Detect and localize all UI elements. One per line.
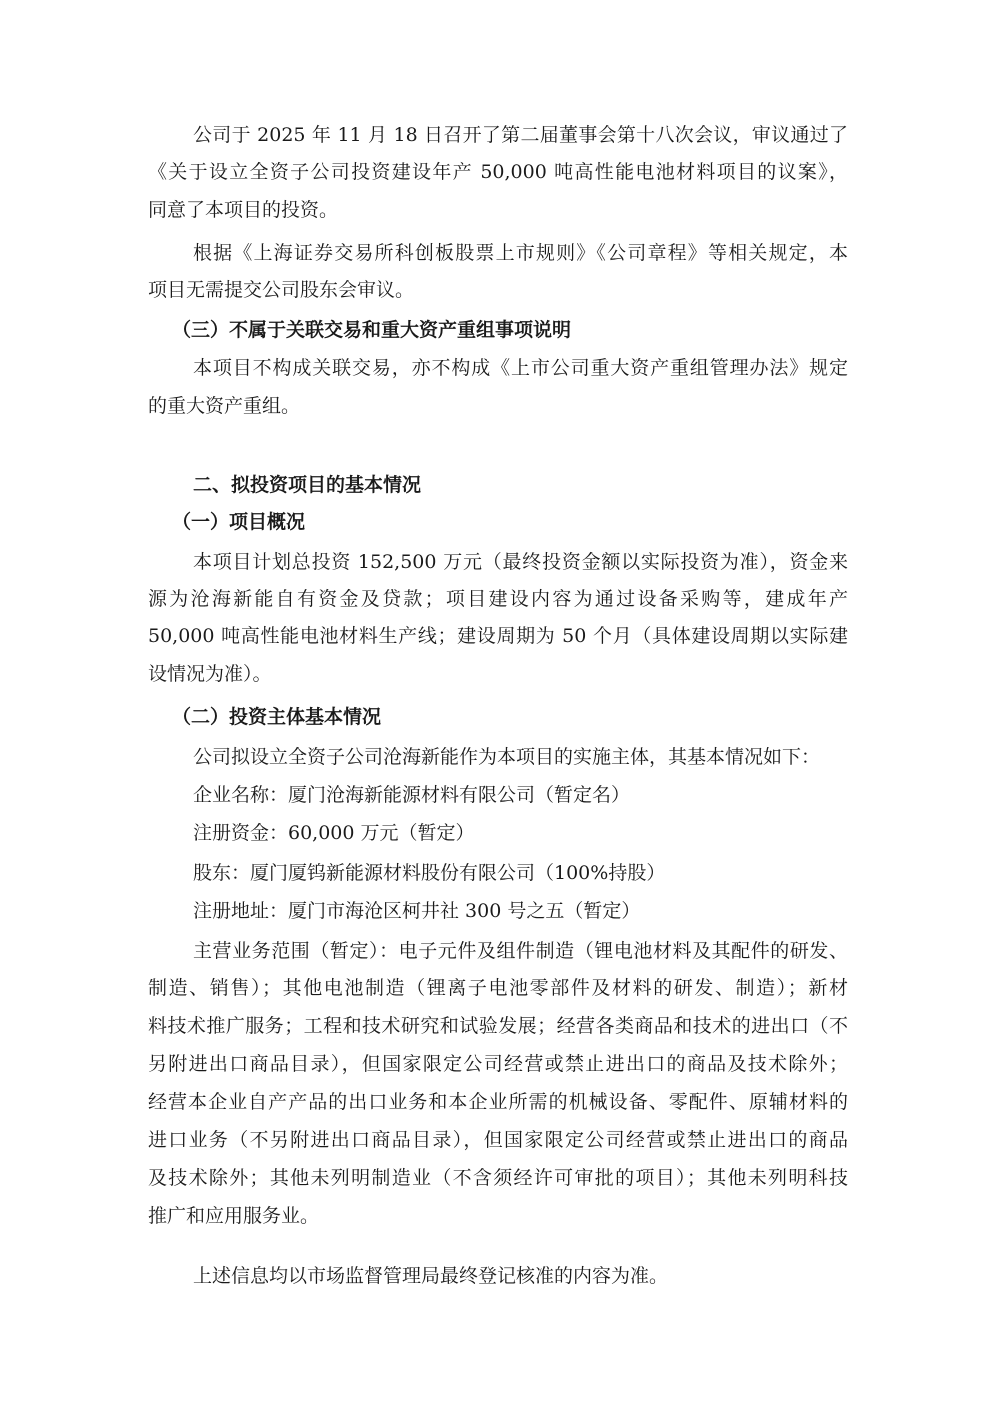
text-line: 同意了本项目的投资。 [148, 198, 848, 222]
company-name: 企业名称：厦门沧海新能源材料有限公司（暂定名） [193, 783, 848, 807]
text-line: 源为沧海新能自有资金及贷款；项目建设内容为通过设备采购等，建成年产 [148, 587, 848, 611]
section-heading-not-related-transaction: （三）不属于关联交易和重大资产重组事项说明 [172, 318, 872, 342]
registered-capital: 注册资金：60,000 万元（暂定） [193, 821, 848, 845]
text-line: 本项目不构成关联交易，亦不构成《上市公司重大资产重组管理办法》规定 [193, 356, 848, 380]
text-line: 及技术除外；其他未列明制造业（不含须经许可审批的项目）；其他未列明科技 [148, 1166, 848, 1190]
text-line: 制造、销售）；其他电池制造（锂离子电池零部件及材料的研发、制造）；新材 [148, 976, 848, 1000]
document-page: 公司于 2025 年 11 月 18 日召开了第二届董事会第十八次会议，审议通过… [0, 0, 1000, 1414]
text-line: 根据《上海证券交易所科创板股票上市规则》《公司章程》等相关规定，本 [193, 241, 848, 265]
text-line: 料技术推广服务；工程和技术研究和试验发展；经营各类商品和技术的进出口（不 [148, 1014, 848, 1038]
text-line: 设情况为准）。 [148, 662, 848, 686]
text-line: 的重大资产重组。 [148, 394, 848, 418]
text-line: 50,000 吨高性能电池材料生产线；建设周期为 50 个月（具体建设周期以实际… [148, 624, 848, 648]
text-line: 主营业务范围（暂定）：电子元件及组件制造（锂电池材料及其配件的研发、 [193, 939, 848, 963]
text-line: 项目无需提交公司股东会审议。 [148, 278, 848, 302]
section-heading-project-basics: 二、拟投资项目的基本情况 [193, 473, 893, 497]
text-line: 本项目计划总投资 152,500 万元（最终投资金额以实际投资为准），资金来 [193, 550, 848, 574]
text-line: 《关于设立全资子公司投资建设年产 50,000 吨高性能电池材料项目的议案》， [148, 160, 848, 184]
subsection-heading-investment-entity: （二）投资主体基本情况 [172, 705, 872, 729]
text-line: 公司于 2025 年 11 月 18 日召开了第二届董事会第十八次会议，审议通过… [193, 123, 848, 147]
shareholder: 股东：厦门厦钨新能源材料股份有限公司（100%持股） [193, 861, 848, 885]
text-line: 另附进出口商品目录），但国家限定公司经营或禁止进出口的商品及技术除外； [148, 1052, 848, 1076]
registered-address: 注册地址：厦门市海沧区柯井社 300 号之五（暂定） [193, 899, 848, 923]
text-line: 进口业务（不另附进出口商品目录），但国家限定公司经营或禁止进出口的商品 [148, 1128, 848, 1152]
closing-note: 上述信息均以市场监督管理局最终登记核准的内容为准。 [193, 1264, 848, 1288]
text-line: 经营本企业自产产品的出口业务和本企业所需的机械设备、零配件、原辅材料的 [148, 1090, 848, 1114]
intro-line: 公司拟设立全资子公司沧海新能作为本项目的实施主体，其基本情况如下： [193, 745, 848, 769]
text-line: 推广和应用服务业。 [148, 1204, 848, 1228]
subsection-heading-project-overview: （一）项目概况 [172, 510, 872, 534]
